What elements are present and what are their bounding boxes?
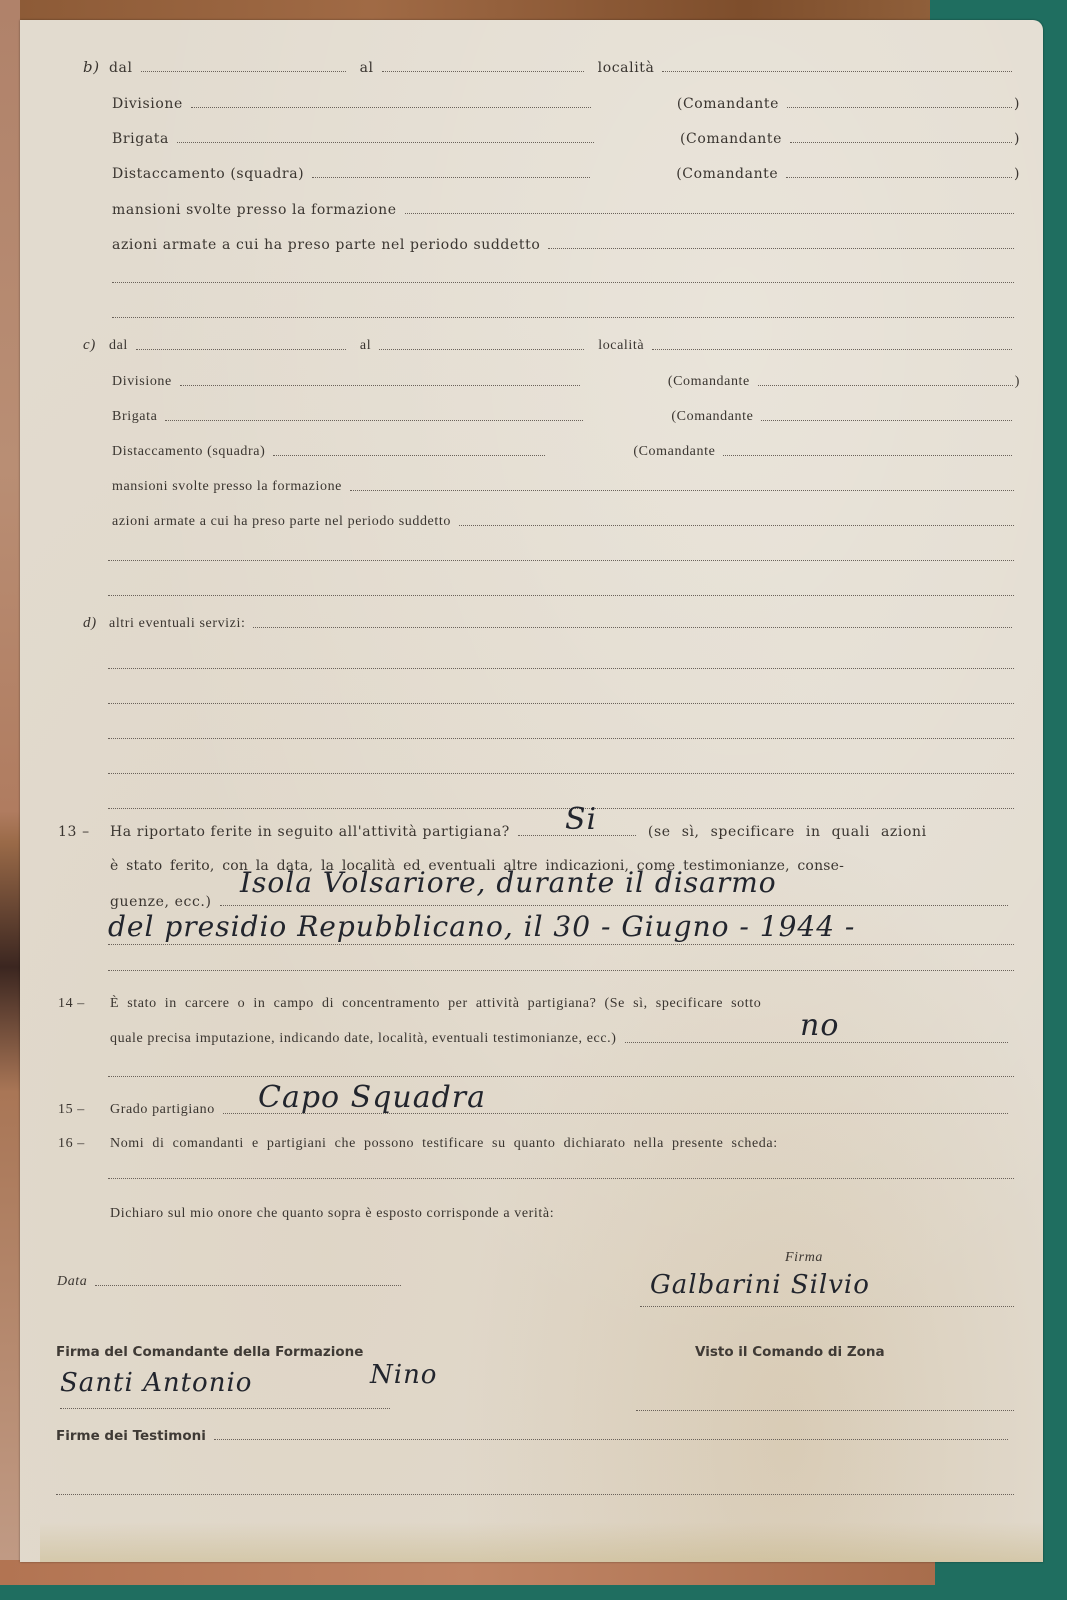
section-c-mansioni-row: mansioni svolte presso la formazione <box>112 475 1020 495</box>
divisione-label: Divisione <box>112 96 191 112</box>
altri-servizi-label: altri eventuali servizi: <box>109 616 253 632</box>
azioni-label: azioni armate a cui ha preso parte nel p… <box>112 237 548 253</box>
q14-details-line-2[interactable] <box>108 1076 1014 1077</box>
wooden-surface-top <box>0 0 930 22</box>
dal-label: dal <box>109 60 141 76</box>
comandante-formazione-row: Firma del Comandante della Formazione <box>56 1340 456 1360</box>
azioni-field-line-2[interactable] <box>108 560 1014 561</box>
q13-handwritten-line-2: del presidio Repubblicano, il 30 - Giugn… <box>108 910 855 943</box>
question-number: 13 – <box>58 824 110 840</box>
q14-row-2: quale precisa imputazione, indicando dat… <box>110 1027 1014 1047</box>
distaccamento-field[interactable] <box>312 177 590 178</box>
divisione-field[interactable] <box>180 385 580 386</box>
wooden-surface-bottom <box>0 1560 935 1585</box>
mansioni-label: mansioni svolte presso la formazione <box>112 202 405 218</box>
data-field[interactable] <box>95 1285 401 1286</box>
section-d-row: d) altri eventuali servizi: <box>83 612 1018 632</box>
section-b-azioni-row: azioni armate a cui ha preso parte nel p… <box>112 233 1020 253</box>
q16-label: Nomi di comandanti e partigiani che poss… <box>110 1136 786 1152</box>
mansioni-label: mansioni svolte presso la formazione <box>112 479 350 495</box>
section-b-period-row: b) dal al località <box>83 56 1018 76</box>
divisione-field[interactable] <box>191 107 591 108</box>
q15-label: Grado partigiano <box>110 1102 223 1118</box>
comando-zona-field[interactable] <box>636 1410 1014 1411</box>
firma-signature: Galbarini Silvio <box>650 1270 870 1300</box>
section-b-distaccamento-row: Distaccamento (squadra) (Comandante ) <box>112 162 1020 182</box>
al-field[interactable] <box>382 71 584 72</box>
dal-label: dal <box>109 338 136 354</box>
comandante-signature-field[interactable] <box>60 1408 390 1409</box>
localita-field[interactable] <box>652 349 1012 350</box>
testimoni-label: Firme dei Testimoni <box>56 1428 214 1444</box>
section-c-brigata-row: Brigata (Comandante <box>112 405 1012 425</box>
section-b-divisione-row: Divisione (Comandante ) <box>112 92 1020 112</box>
comandante-field[interactable] <box>786 177 1012 178</box>
data-row: Data <box>57 1270 407 1290</box>
localita-label: località <box>590 60 663 76</box>
altri-servizi-line-5[interactable] <box>108 773 1014 774</box>
comandante-label: (Comandante <box>596 166 786 182</box>
section-letter: c) <box>83 337 109 354</box>
comandante-signature: Santi Antonio <box>60 1368 252 1398</box>
declaration-text: Dichiaro sul mio onore che quanto sopra … <box>110 1206 562 1222</box>
al-field[interactable] <box>379 349 584 350</box>
brigata-label: Brigata <box>112 131 177 147</box>
section-c-distaccamento-row: Distaccamento (squadra) (Comandante <box>112 440 1012 460</box>
q13-details-field[interactable] <box>220 905 1008 906</box>
firma-label: Firma <box>785 1250 823 1266</box>
comandante-label: (Comandante <box>586 374 758 390</box>
altri-servizi-line-2[interactable] <box>108 668 1014 669</box>
q13-question: Ha riportato ferite in seguito all'attiv… <box>110 824 518 840</box>
testimoni-field-line-2[interactable] <box>56 1494 1014 1495</box>
dal-field[interactable] <box>141 71 346 72</box>
section-c-divisione-row: Divisione (Comandante ) <box>112 370 1020 390</box>
testimoni-field[interactable] <box>214 1439 1008 1440</box>
q14-row-1: 14 – È stato in carcere o in campo di co… <box>58 992 1020 1012</box>
q13-row-1: 13 – Ha riportato ferite in seguito all'… <box>58 820 1020 840</box>
q13-details-line-2[interactable] <box>108 944 1014 945</box>
q13-handwritten-answer: Si <box>565 802 597 837</box>
q13-handwritten-line-1: Isola Volsariore, durante il disarmo <box>240 866 777 899</box>
section-c-period-row: c) dal al località <box>83 334 1018 354</box>
section-b-brigata-row: Brigata (Comandante ) <box>112 127 1020 147</box>
comandante-field[interactable] <box>790 142 1012 143</box>
section-letter: b) <box>83 58 109 76</box>
comandante-label: (Comandante <box>597 96 787 112</box>
mansioni-field[interactable] <box>405 213 1014 214</box>
wooden-surface-left <box>0 0 20 1560</box>
comandante-signature-2: Nino <box>370 1360 437 1390</box>
azioni-field[interactable] <box>459 525 1014 526</box>
declaration-row: Dichiaro sul mio onore che quanto sopra … <box>110 1202 1014 1222</box>
azioni-field-line-3[interactable] <box>108 595 1014 596</box>
q13-instruction: (se sì, specificare in quali azioni <box>642 824 935 840</box>
firma-field[interactable] <box>640 1306 1014 1307</box>
azioni-field-line-3[interactable] <box>112 317 1014 318</box>
question-number: 14 – <box>58 996 110 1012</box>
q16-row: 16 – Nomi di comandanti e partigiani che… <box>58 1132 1020 1152</box>
altri-servizi-line-4[interactable] <box>108 738 1014 739</box>
q16-names-field[interactable] <box>108 1178 1014 1179</box>
altri-servizi-field[interactable] <box>253 627 1012 628</box>
dal-field[interactable] <box>136 349 346 350</box>
q15-row: 15 – Grado partigiano <box>58 1098 1014 1118</box>
brigata-field[interactable] <box>165 420 583 421</box>
section-b-mansioni-row: mansioni svolte presso la formazione <box>112 198 1020 218</box>
altri-servizi-line-3[interactable] <box>108 703 1014 704</box>
question-number: 15 – <box>58 1102 110 1118</box>
comandante-field[interactable] <box>723 455 1012 456</box>
document-page: b) dal al località Divisione (Comandante… <box>20 20 1043 1562</box>
comandante-field[interactable] <box>758 385 1013 386</box>
comandante-field[interactable] <box>787 107 1012 108</box>
distaccamento-field[interactable] <box>273 455 545 456</box>
divisione-label: Divisione <box>112 374 180 390</box>
brigata-field[interactable] <box>177 142 594 143</box>
section-c-azioni-row: azioni armate a cui ha preso parte nel p… <box>112 510 1020 530</box>
q15-handwritten-answer: Capo Squadra <box>258 1080 486 1115</box>
azioni-label: azioni armate a cui ha preso parte nel p… <box>112 514 459 530</box>
comandante-label: (Comandante <box>589 409 761 425</box>
comando-zona-row: Visto il Comando di Zona <box>695 1340 995 1360</box>
azioni-field-line-2[interactable] <box>112 282 1014 283</box>
comandante-field[interactable] <box>761 420 1012 421</box>
section-letter: d) <box>83 615 109 632</box>
q13-instruction-3: guenze, ecc.) <box>110 894 220 910</box>
comandante-label: (Comandante <box>551 444 723 460</box>
firma-label-row: Firma <box>785 1246 905 1266</box>
distaccamento-label: Distaccamento (squadra) <box>112 166 312 182</box>
distaccamento-label: Distaccamento (squadra) <box>112 444 273 460</box>
brigata-label: Brigata <box>112 409 165 425</box>
q14-instruction: quale precisa imputazione, indicando dat… <box>110 1031 625 1047</box>
localita-field[interactable] <box>662 71 1012 72</box>
comandante-formazione-label: Firma del Comandante della Formazione <box>56 1344 363 1360</box>
q14-handwritten-answer: no <box>800 1008 839 1043</box>
comandante-label: (Comandante <box>600 131 790 147</box>
al-label: al <box>352 338 379 354</box>
data-label: Data <box>57 1274 95 1290</box>
mansioni-field[interactable] <box>350 490 1014 491</box>
q13-details-line-3[interactable] <box>108 970 1014 971</box>
q14-question: È stato in carcere o in campo di concent… <box>110 996 769 1012</box>
comando-zona-label: Visto il Comando di Zona <box>695 1344 885 1360</box>
localita-label: località <box>590 338 652 354</box>
question-number: 16 – <box>58 1136 110 1152</box>
testimoni-row: Firme dei Testimoni <box>56 1424 1014 1444</box>
altri-servizi-line-6[interactable] <box>108 808 1014 809</box>
al-label: al <box>352 60 382 76</box>
azioni-field[interactable] <box>548 248 1014 249</box>
water-stain <box>40 1522 1043 1562</box>
